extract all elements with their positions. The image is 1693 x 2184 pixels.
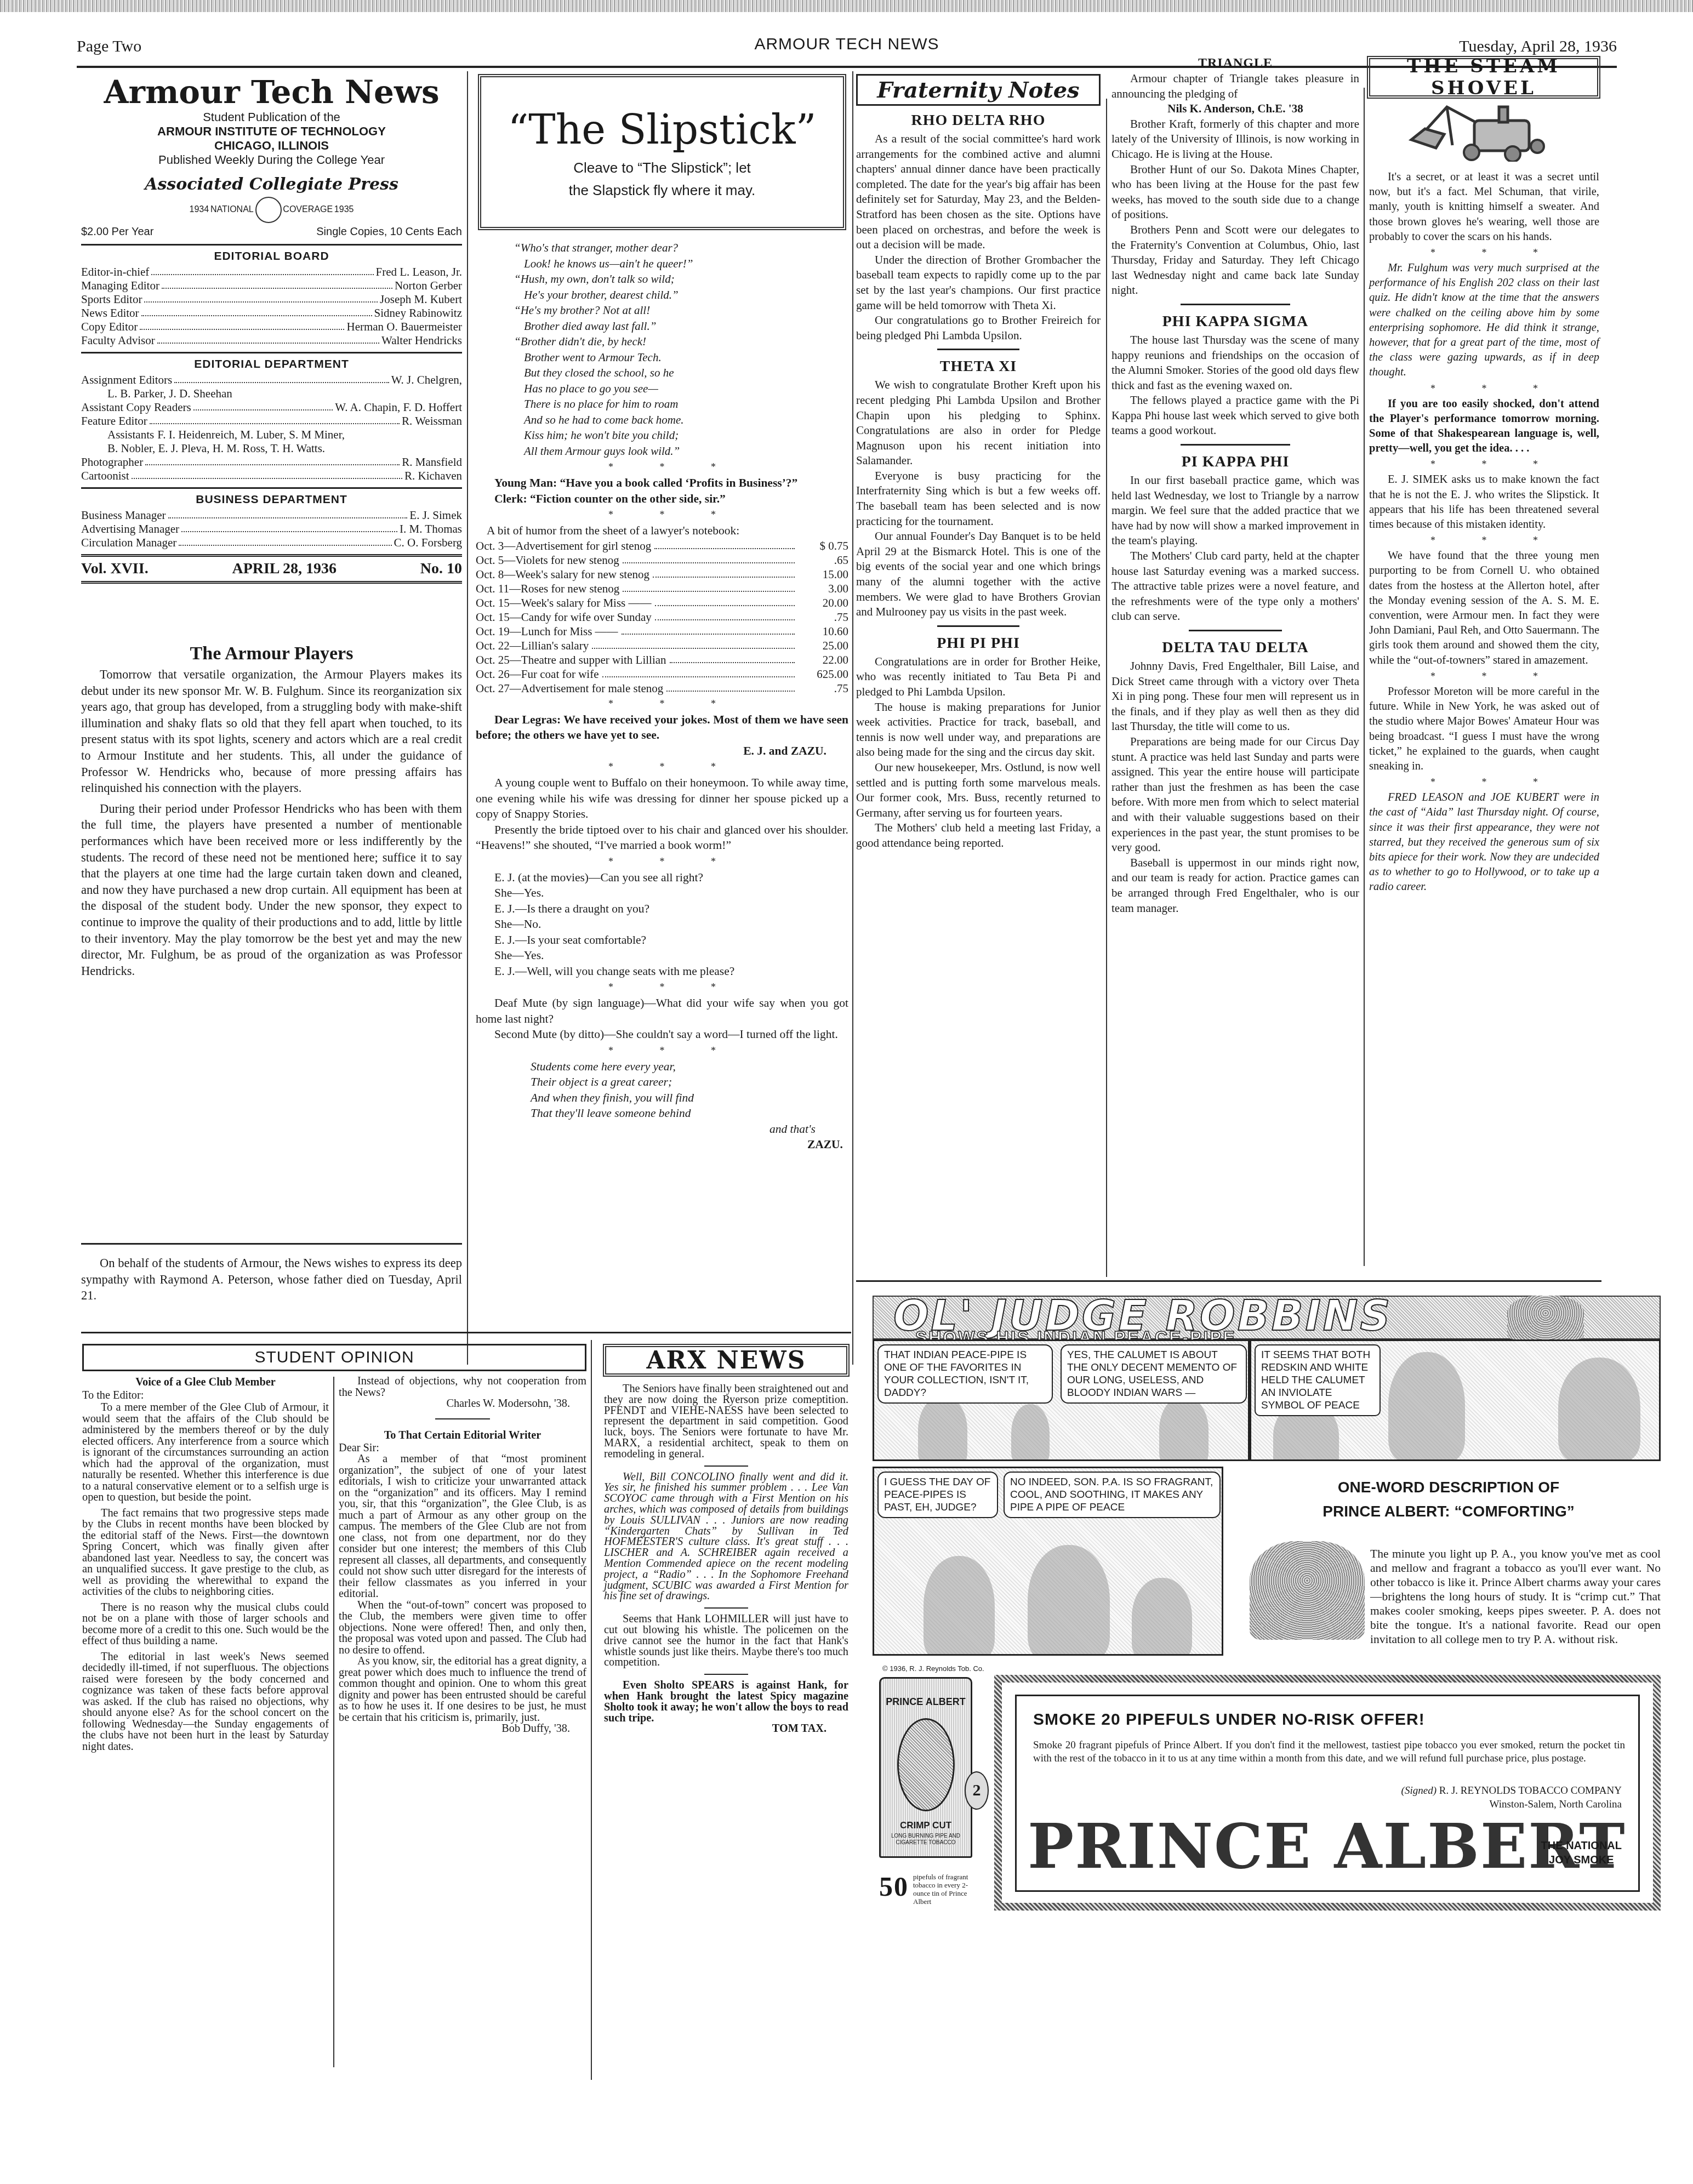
speech-bubble: No indeed, son. P.A. is so fragrant, coo… [1004,1472,1221,1518]
divider [81,487,462,489]
ledger-row: Oct. 19—Lunch for Miss ——10.60 [476,624,848,638]
acp-year-left: 1934 [190,205,209,215]
paragraph: Our new housekeeper, Mrs. Ostlund, is no… [856,760,1101,820]
section-title: STUDENT OPINION [254,1348,414,1367]
separator-stars: * * * [1369,668,1599,685]
paragraph: It's a secret, or at least it was a secr… [1369,170,1599,244]
paragraph: Even Sholto SPEARS is against Hank, for … [604,1680,848,1724]
ad-copy: ONE-WORD DESCRIPTION OF PRINCE ALBERT: “… [1238,1475,1660,1524]
paragraph: The Mothers' Club card party, held at th… [1111,549,1359,624]
divider [435,1418,490,1419]
paragraph: The Seniors have finally been straighten… [604,1384,848,1460]
divider [704,1607,748,1609]
paragraph: Preparations are being made for our Circ… [1111,734,1359,856]
signature: Bob Duffy, '38. [339,1723,586,1735]
column-title: THE STEAM SHOVEL [1370,55,1597,99]
two-ounce-badge: 2 [965,1771,989,1810]
acp-logo-text: Associated Collegiate Press [81,175,462,194]
paragraph: Well, Bill CONCOLINO finally went and di… [604,1472,848,1603]
ledger-row: Oct. 3—Advertisement for girl stenog$ 0.… [476,539,848,553]
separator-stars: * * * [476,459,848,475]
paragraph: The editorial in last week's News seemed… [82,1651,329,1753]
no-risk-offer-inner: SMOKE 20 PIPEFULS UNDER NO-RISK OFFER! S… [1015,1695,1640,1892]
paragraph: We have found that the three young men p… [1369,549,1599,668]
subtitle-line: Student Publication of the [81,110,462,124]
separator-stars: * * * [1369,532,1599,549]
section-divider [81,1332,851,1333]
staff-row: Assignment EditorsW. J. Chelgren, [81,373,462,387]
letter-heading: To That Certain Editorial Writer [339,1428,586,1442]
divider [81,1243,462,1245]
column-divider [852,71,853,1365]
volume-date: APRIL 28, 1936 [232,560,337,578]
paragraph: The fact remains that two progressive st… [82,1508,329,1598]
rider-figure-icon [1388,1352,1465,1461]
comic-panel-1: That Indian peace-pipe is one of the fav… [873,1339,1250,1461]
fraternity-heading: RHO DELTA RHO [856,110,1101,132]
section-heading: EDITORIAL BOARD [81,250,462,263]
staff-row: Sports EditorJoseph M. Kubert [81,293,462,306]
paragraph: To a mere member of the Glee Club of Arm… [82,1402,329,1503]
offer-signature: (Signed) R. J. REYNOLDS TOBACCO COMPANY … [1401,1784,1622,1811]
prince-albert-advertisement: OL' JUDGE ROBBINS SHOWS HIS INDIAN PEACE… [871,1295,1662,2182]
paragraph: FRED LEASON and JOE KUBERT were in the c… [1369,790,1599,894]
divider [81,352,462,353]
offer-headline: SMOKE 20 PIPEFULS UNDER NO-RISK OFFER! [1033,1710,1425,1729]
signature: TOM TAX. [604,1724,848,1735]
paragraph: Brother Hunt of our So. Dakota Mines Cha… [1111,162,1359,223]
staff-row: News EditorSidney Rabinowitz [81,306,462,320]
paragraph: The fellows played a practice game with … [1111,393,1359,438]
section-title: Fraternity Notes [877,77,1079,103]
tin-cut-label: CRIMP CUT [881,1820,971,1831]
judge-figure-icon [1159,1396,1209,1461]
staff-row: AssistantsF. I. Heidenreich, M. Luber, S… [81,428,462,442]
tin-description: LONG BURNING PIPE AND CIGARETTE TOBACCO [884,1833,967,1846]
ledger-row: Oct. 22—Lillian's salary25.00 [476,638,848,653]
speech-bubble: Yes, the calumet is about the only decen… [1061,1344,1247,1404]
staff-continuation: B. Nobler, E. J. Pleva, H. M. Ross, T. H… [81,442,462,455]
fifty-number: 50 [879,1873,909,1906]
paragraph: Mr. Fulghum was very much surprised at t… [1369,261,1599,380]
ledger-intro: A bit of humor from the sheet of a lawye… [476,523,848,539]
ad-headline: PRINCE ALBERT: “COMFORTING” [1238,1499,1660,1524]
ledger-row: Oct. 25—Theatre and supper with Lillian2… [476,653,848,667]
comic-panel-2: It seems that both redskin and white hel… [1250,1339,1661,1461]
separator-stars: * * * [1369,244,1599,261]
joke-line: Clerk: “Fiction counter on the other sid… [476,491,848,507]
speech-bubble: I guess the day of peace-pipes is past, … [877,1472,998,1518]
single-copy-price: Single Copies, 10 Cents Each [316,226,462,238]
volume-line: Vol. XVII. APRIL 28, 1936 No. 10 [81,557,462,581]
column-divider [1106,99,1107,1277]
divider [81,244,462,246]
staff-row: Editor-in-chiefFred L. Leason, Jr. [81,265,462,279]
paragraph: Our congratulations go to Brother Freire… [856,313,1101,343]
column-title: “The Slipstick” [508,106,816,153]
publication-frequency: Published Weekly During the College Year [81,153,462,167]
paragraph: Brother Kraft, formerly of this chapter … [1111,117,1359,162]
section-heading: EDITORIAL DEPARTMENT [81,358,462,371]
acp-seal-icon [255,197,282,223]
column-divider [333,1377,334,2067]
steam-shovel-column: It's a secret, or at least it was a secr… [1369,170,1599,895]
ad-body: The minute you light up P. A., you know … [1250,1547,1661,1662]
section-divider [856,1280,1601,1282]
issue-number: No. 10 [420,560,462,578]
signature: ZAZU. [476,1137,848,1153]
column-motto: Cleave to “The Slipstick”; let [573,153,751,182]
column-divider [591,1340,592,2080]
divider [81,581,462,584]
paragraph: As a member of that “most prominent orga… [339,1453,586,1600]
editorial-armour-players: The Armour Players Tomorrow that versati… [81,641,462,979]
paragraph: As you know, sir, the editorial has a gr… [339,1656,586,1723]
staff-row: Managing EditorNorton Gerber [81,279,462,293]
brand-tagline: THE NATIONAL JOY SMOKE [1541,1839,1622,1867]
letter-glee-club-member: Voice of a Glee Club Member To the Edito… [82,1376,329,1752]
fraternity-heading: THETA XI [856,356,1101,378]
pledge-name: Nils K. Anderson, Ch.E. '38 [1111,101,1359,117]
paragraph: Under the direction of Brother Grombache… [856,253,1101,313]
offer-body: Smoke 20 fragrant pipefuls of Prince Alb… [1033,1739,1625,1765]
paragraph: Johnny Davis, Fred Engelthaler, Bill Lai… [1111,659,1359,734]
ledger-row: Oct. 11—Roses for new stenog3.00 [476,581,848,596]
ledger-row: Oct. 8—Week's salary for new stenog15.00 [476,567,848,581]
ledger-row: Oct. 15—Candy for wife over Sunday.75 [476,610,848,624]
paragraph: During their period under Professor Hend… [81,801,462,979]
fraternity-column-right: TRIANGLE Armour chapter of Triangle take… [1111,55,1359,916]
ledger-row: Oct. 15—Week's salary for Miss ——20.00 [476,596,848,610]
separator-stars: * * * [1369,380,1599,397]
acp-label-left: NATIONAL [210,205,254,215]
brand-logo: PRINCE ALBERT [1028,1814,1626,1880]
editorial-masthead: Armour Tech News Student Publication of … [81,74,462,584]
separator-stars: * * * [476,853,848,870]
slipstick-header: “The Slipstick” Cleave to “The Slipstick… [478,74,846,230]
arx-news-header: ARX NEWS [603,1344,850,1377]
paragraph: The Mothers' club held a meeting last Fr… [856,820,1101,851]
issue-date: Tuesday, April 28, 1936 [1459,37,1617,56]
divider [937,625,1019,627]
ledger-table: Oct. 3—Advertisement for girl stenog$ 0.… [476,539,848,695]
fraternity-column-left: RHO DELTA RHO As a result of the social … [856,110,1101,851]
steam-shovel-header: THE STEAM SHOVEL [1367,56,1600,99]
separator-stars: * * * [476,506,848,523]
paragraph: Presently the bride tiptoed over to his … [476,822,848,853]
editorial-title: The Armour Players [81,641,462,666]
fraternity-notes-header: Fraternity Notes [856,74,1101,106]
letter-to-legras: Dear Legras: We have received your jokes… [476,712,848,743]
acp-year-right: 1935 [334,205,354,215]
separator-stars: * * * [476,979,848,995]
paragraph: Brothers Penn and Scott were our delegat… [1111,223,1359,298]
price-row: $2.00 Per Year Single Copies, 10 Cents E… [81,226,462,238]
judge-portrait-icon [1507,1296,1584,1339]
divider [1181,444,1290,446]
paragraph: Professor Moreton will be more careful i… [1369,685,1599,774]
joke-line: Young Man: “Have you a book called ‘Prof… [476,475,848,491]
column-divider [467,71,468,1365]
acp-badge: 1934 NATIONAL COVERAGE 1935 [190,196,354,224]
paragraph: The house is making preparations for Jun… [856,700,1101,760]
location: CHICAGO, ILLINOIS [81,139,462,153]
staff-row: Feature EditorR. Weissman [81,414,462,428]
arx-news-column: The Seniors have finally been straighten… [604,1384,848,1735]
staff-row: Business ManagerE. J. Simek [81,509,462,522]
paragraph: E. J. SIMEK asks us to make known the fa… [1369,472,1599,532]
movie-dialogue: E. J. (at the movies)—Can you see all ri… [476,870,848,979]
tobacco-tin-image: PRINCE ALBERT CRIMP CUT LONG BURNING PIP… [879,1677,972,1858]
separator-stars: * * * [476,695,848,712]
annual-price: $2.00 Per Year [81,226,153,238]
divider [704,1674,748,1675]
letter-heading: Voice of a Glee Club Member [82,1376,329,1389]
closing-tail: and that's [476,1121,848,1137]
paragraph: Baseball is uppermost in our minds right… [1111,856,1359,916]
salutation: Dear Sir: [339,1442,586,1454]
institute-name: ARMOUR INSTITUTE OF TECHNOLOGY [81,124,462,139]
salutation: To the Editor: [82,1389,329,1402]
fraternity-heading: PI KAPPA PHI [1111,451,1359,473]
staff-continuation: L. B. Parker, J. D. Sheehan [81,387,462,401]
fifty-text: pipefuls of fragrant tobacco in every 2-… [913,1873,978,1906]
comic-panel-3: I guess the day of peace-pipes is past, … [873,1467,1223,1656]
closing-verse: Students come here every year, Their obj… [476,1059,848,1121]
speech-bubble: It seems that both redskin and white hel… [1255,1344,1381,1416]
section-heading: BUSINESS DEPARTMENT [81,493,462,506]
staff-row: Advertising ManagerI. M. Thomas [81,522,462,536]
separator-stars: * * * [1369,456,1599,472]
staff-row: PhotographerR. Mansfield [81,455,462,469]
separator-stars: * * * [1369,774,1599,790]
paragraph: A young couple went to Buffalo on their … [476,775,848,822]
paragraph: Instead of objections, why not cooperati… [339,1376,586,1398]
paragraph: Our annual Founder's Day Banquet is to b… [856,529,1101,620]
paragraph: Tomorrow that versatile organization, th… [81,666,462,796]
paper-name: ARMOUR TECH NEWS [77,35,1617,54]
girl-figure-icon [1132,1578,1192,1656]
paragraph: Deaf Mute (by sign language)—What did yo… [476,995,848,1027]
tin-brand: PRINCE ALBERT [881,1696,971,1708]
ledger-row: Oct. 27—Advertisement for male stenog.75 [476,681,848,695]
divider [1181,304,1290,305]
divider [1189,630,1282,631]
paragraph: Seems that Hank LOHMILLER will just have… [604,1614,848,1668]
girl-figure-icon [1011,1404,1050,1461]
fraternity-heading: PHI PI PHI [856,632,1101,654]
staff-row: CartoonistR. Kichaven [81,469,462,483]
paragraph: We wish to congratulate Brother Kreft up… [856,378,1101,469]
judge-figure-icon [1028,1545,1110,1656]
ledger-row: Oct. 5—Violets for new stenog.65 [476,553,848,567]
staff-row: Circulation ManagerC. O. Forsberg [81,536,462,550]
fraternity-heading: TRIANGLE [1111,55,1359,71]
paragraph: Armour chapter of Triangle takes pleasur… [1111,71,1359,101]
column-motto: the Slapstick fly where it may. [569,182,756,198]
paragraph: On behalf of the students of Armour, the… [81,1255,462,1304]
student-opinion-header: STUDENT OPINION [82,1344,586,1371]
signature: Charles W. Modersohn, '38. [339,1398,586,1410]
tin-portrait-icon [897,1718,955,1811]
paragraph: Congratulations are in order for Brother… [856,654,1101,700]
newspaper-title: Armour Tech News [81,74,462,110]
steam-shovel-illustration-icon [1403,96,1551,162]
ledger-row: Oct. 26—Fur coat for wife625.00 [476,667,848,681]
paragraph: There is no reason why the musical clubs… [82,1602,329,1647]
letter-editorial-writer: Instead of objections, why not cooperati… [339,1376,586,1735]
speech-bubble: That Indian peace-pipe is one of the fav… [877,1344,1053,1404]
ad-body-text: The minute you light up P. A., you know … [1370,1547,1661,1646]
section-title: ARX NEWS [646,1347,806,1375]
volume-number: Vol. XVII. [81,560,149,578]
divider [704,1465,748,1467]
fraternity-heading: DELTA TAU DELTA [1111,637,1359,659]
paragraph: The house last Thursday was the scene of… [1111,333,1359,393]
paragraph: In our first baseball practice game, whi… [1111,473,1359,549]
staff-row: Faculty AdvisorWalter Hendricks [81,334,462,347]
column-divider [1364,88,1365,1266]
fraternity-heading: PHI KAPPA SIGMA [1111,311,1359,333]
fifty-pipefuls: 50 pipefuls of fragrant tobacco in every… [879,1873,978,1906]
ad-headline: ONE-WORD DESCRIPTION OF [1238,1475,1660,1499]
paragraph: Second Mute (by ditto)—She couldn't say … [476,1027,848,1042]
acp-label-right: COVERAGE [283,205,333,215]
paragraph: If you are too easily shocked, don't att… [1369,397,1599,457]
sympathy-note: On behalf of the students of Armour, the… [81,1255,462,1304]
signature: E. J. and ZAZU. [476,743,848,759]
paragraph: When the “out-of-town” concert was propo… [339,1600,586,1656]
paragraph: Everyone is busy practicing for the Inte… [856,469,1101,529]
man-figure-icon [918,1396,967,1461]
scan-artifact-strip [0,0,1693,12]
separator-stars: * * * [476,1042,848,1059]
divider [937,349,1019,350]
rider-figure-icon [1558,1358,1640,1461]
separator-stars: * * * [476,759,848,775]
copyright-notice: © 1936, R. J. Reynolds Tob. Co. [882,1664,984,1673]
young-man-figure-icon [924,1556,995,1656]
slipstick-column: “Who's that stranger, mother dear? Look!… [476,240,848,1153]
poem: “Who's that stranger, mother dear? Look!… [476,240,848,459]
staff-row: Assistant Copy ReadersW. A. Chapin, F. D… [81,401,462,414]
paragraph: As a result of the social committee's ha… [856,132,1101,253]
staff-row: Copy EditorHerman O. Bauermeister [81,320,462,334]
